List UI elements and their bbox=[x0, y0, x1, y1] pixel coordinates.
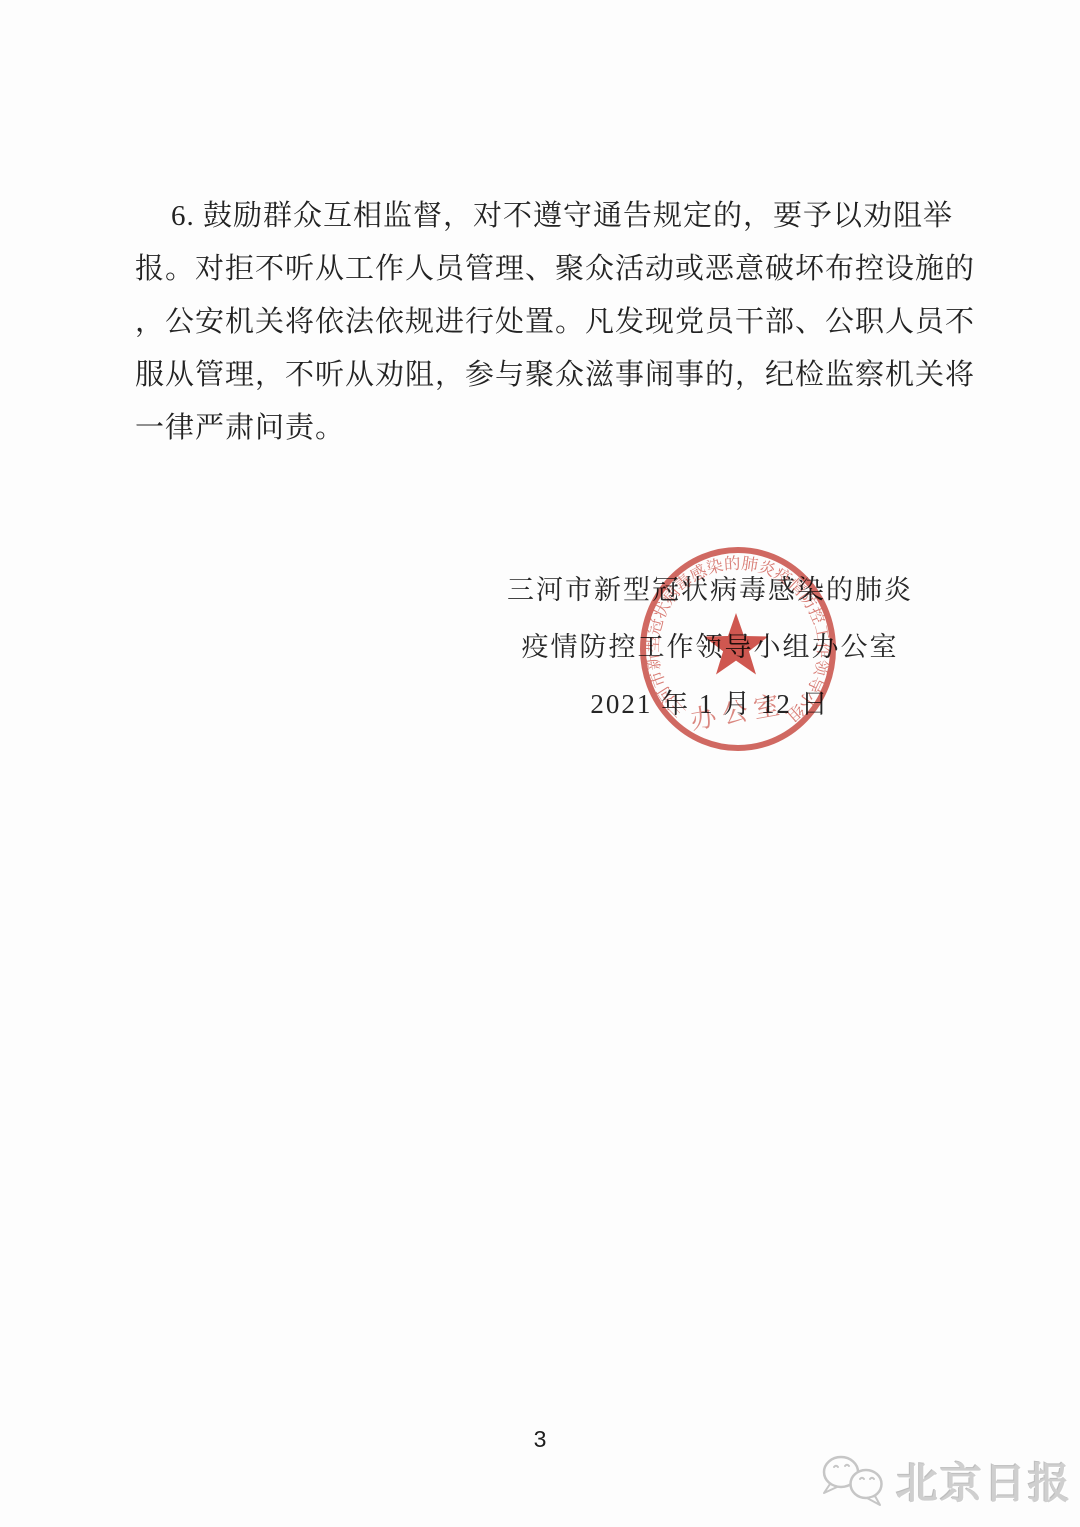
paragraph-line: ，公安机关将依法依规进行处置。凡发现党员干部、公职人员不 bbox=[135, 296, 965, 349]
watermark-text: 北京日报 bbox=[896, 1451, 1072, 1511]
watermark: 北京日报 bbox=[818, 1450, 1072, 1512]
page-number: 3 bbox=[0, 1426, 1080, 1453]
paragraph-line: 6. 鼓励群众互相监督，对不遵守通告规定的，要予以劝阻举 bbox=[135, 190, 965, 243]
body-paragraph: 6. 鼓励群众互相监督，对不遵守通告规定的，要予以劝阻举 报。对拒不听从工作人员… bbox=[135, 190, 965, 455]
paragraph-line: 服从管理，不听从劝阻，参与聚众滋事闹事的，纪检监察机关将 bbox=[135, 349, 965, 402]
seal-bottom-text: 办公室 bbox=[688, 690, 788, 735]
wechat-icon bbox=[818, 1450, 890, 1512]
scanned-document-page: 6. 鼓励群众互相监督，对不遵守通告规定的，要予以劝阻举 报。对拒不听从工作人员… bbox=[0, 0, 1080, 1527]
seal-star-icon bbox=[704, 613, 769, 675]
paragraph-line: 一律严肃问责。 bbox=[135, 402, 965, 455]
paragraph-line: 报。对拒不听从工作人员管理、聚众活动或恶意破坏布控设施的 bbox=[135, 243, 965, 296]
official-seal: 三河市新型冠状病毒感染的肺炎疫情防控工作领导小组 办公室 bbox=[636, 543, 840, 755]
